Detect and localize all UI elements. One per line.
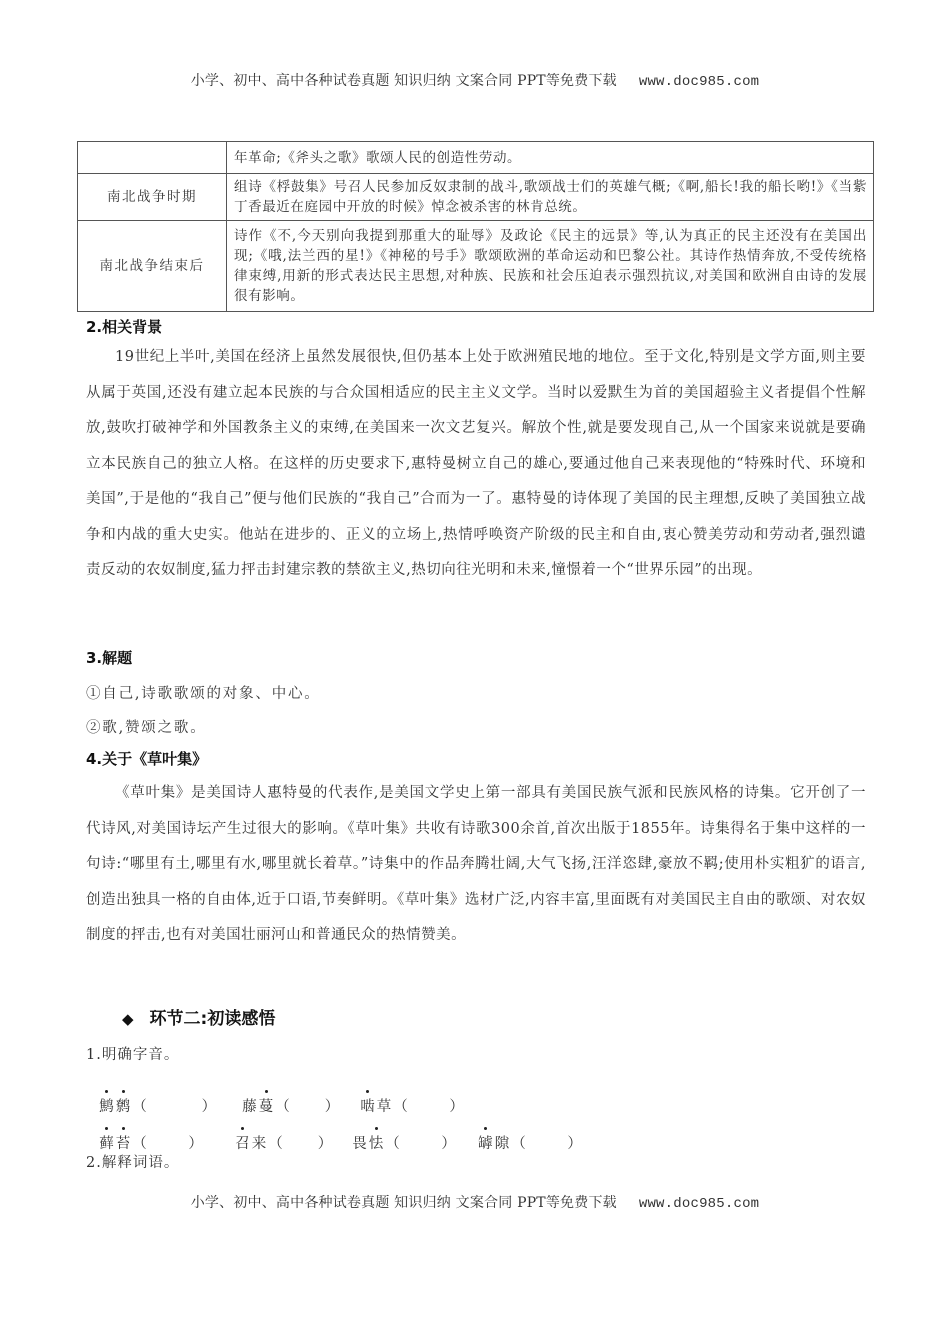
heading-title-explain: 3.解题 bbox=[86, 647, 132, 668]
question-2: 2.解释词语。 bbox=[86, 1151, 179, 1172]
answer-blank[interactable]: （ ） bbox=[511, 1136, 584, 1152]
diamond-bullet-icon: ◆ bbox=[122, 1010, 134, 1028]
header-text: 小学、初中、高中各种试卷真题 知识归纳 文案合同 PPT等免费下载 bbox=[191, 73, 617, 89]
about-book-text: 《草叶集》是美国诗人惠特曼的代表作,是美国文学史上第一部具有美国民族气派和民族风… bbox=[86, 776, 866, 954]
footer-url[interactable]: www.doc985.com bbox=[639, 1196, 759, 1212]
char-dotted: 怯 bbox=[369, 1132, 386, 1153]
char-dotted: 鹪 bbox=[99, 1095, 116, 1116]
pinyin-word-5: 召来（ ） bbox=[222, 1116, 334, 1153]
page-header: 小学、初中、高中各种试卷真题 知识归纳 文案合同 PPT等免费下载www.doc… bbox=[0, 70, 950, 90]
char: 来 bbox=[252, 1136, 269, 1152]
stage2-title: ◆环节二:初读感悟 bbox=[122, 1004, 275, 1029]
answer-blank[interactable]: （ ） bbox=[268, 1136, 334, 1152]
pinyin-word-4: 藓苔（ ） bbox=[86, 1116, 205, 1153]
period-cell bbox=[78, 142, 227, 174]
char: 草 bbox=[377, 1099, 394, 1115]
description-cell: 年革命;《斧头之歌》歌颂人民的创造性劳动。 bbox=[227, 142, 874, 174]
period-cell: 南北战争时期 bbox=[78, 174, 227, 221]
about-book-paragraph: 《草叶集》是美国诗人惠特曼的代表作,是美国文学史上第一部具有美国民族气派和民族风… bbox=[86, 776, 866, 954]
heading-background: 2.相关背景 bbox=[86, 316, 162, 337]
answer-blank[interactable]: （ ） bbox=[393, 1099, 466, 1115]
question-1: 1.明确字音。 bbox=[86, 1043, 179, 1064]
char-dotted: 蔓 bbox=[259, 1095, 276, 1116]
char-dotted: 召 bbox=[235, 1132, 252, 1153]
answer-blank[interactable]: （ ） bbox=[132, 1099, 218, 1115]
char: 藤 bbox=[242, 1099, 259, 1115]
char-dotted: 苔 bbox=[116, 1132, 133, 1153]
heading-about-book: 4.关于《草叶集》 bbox=[86, 748, 207, 769]
char: 隙 bbox=[495, 1136, 512, 1152]
description-cell: 组诗《桴鼓集》号召人民参加反奴隶制的战斗,歌颂战士们的英雄气概;《啊,船长!我的… bbox=[227, 174, 874, 221]
char-dotted: 鹩 bbox=[116, 1095, 133, 1116]
table-row: 年革命;《斧头之歌》歌颂人民的创造性劳动。 bbox=[78, 142, 874, 174]
footer-text: 小学、初中、高中各种试卷真题 知识归纳 文案合同 PPT等免费下载 bbox=[191, 1195, 617, 1211]
description-cell: 诗作《不,今天别向我提到那重大的耻辱》及政论《民主的远景》等,认为真正的民主还没… bbox=[227, 221, 874, 312]
background-text: 19世纪上半叶,美国在经济上虽然发展很快,但仍基本上处于欧洲殖民地的地位。至于文… bbox=[86, 340, 866, 589]
explain-item-2: ②歌,赞颂之歌。 bbox=[86, 716, 207, 737]
page-footer: 小学、初中、高中各种试卷真题 知识归纳 文案合同 PPT等免费下载www.doc… bbox=[0, 1192, 950, 1212]
period-cell: 南北战争结束后 bbox=[78, 221, 227, 312]
pinyin-word-1: 鹪鹩（ ） bbox=[86, 1079, 218, 1116]
pinyin-word-2: 藤蔓（ ） bbox=[229, 1079, 341, 1116]
char: 畏 bbox=[352, 1136, 369, 1152]
background-paragraph: 19世纪上半叶,美国在经济上虽然发展很快,但仍基本上处于欧洲殖民地的地位。至于文… bbox=[86, 340, 866, 589]
pinyin-word-6: 畏怯（ ） bbox=[339, 1116, 458, 1153]
table-row: 南北战争结束后 诗作《不,今天别向我提到那重大的耻辱》及政论《民主的远景》等,认… bbox=[78, 221, 874, 312]
header-url[interactable]: www.doc985.com bbox=[639, 74, 759, 90]
char-dotted: 啮 bbox=[360, 1095, 377, 1116]
answer-blank[interactable]: （ ） bbox=[275, 1099, 341, 1115]
char-dotted: 藓 bbox=[99, 1132, 116, 1153]
explain-item-1: ①自己,诗歌歌颂的对象、中心。 bbox=[86, 682, 321, 703]
table-row: 南北战争时期 组诗《桴鼓集》号召人民参加反奴隶制的战斗,歌颂战士们的英雄气概;《… bbox=[78, 174, 874, 221]
char-dotted: 罅 bbox=[478, 1132, 495, 1153]
answer-blank[interactable]: （ ） bbox=[385, 1136, 458, 1152]
pinyin-word-7: 罅隙（ ） bbox=[465, 1116, 584, 1153]
answer-blank[interactable]: （ ） bbox=[132, 1136, 205, 1152]
whitman-works-table: 年革命;《斧头之歌》歌颂人民的创造性劳动。 南北战争时期 组诗《桴鼓集》号召人民… bbox=[77, 141, 874, 312]
pinyin-word-3: 啮草（ ） bbox=[347, 1079, 466, 1116]
stage2-title-text: 环节二:初读感悟 bbox=[150, 1009, 276, 1029]
